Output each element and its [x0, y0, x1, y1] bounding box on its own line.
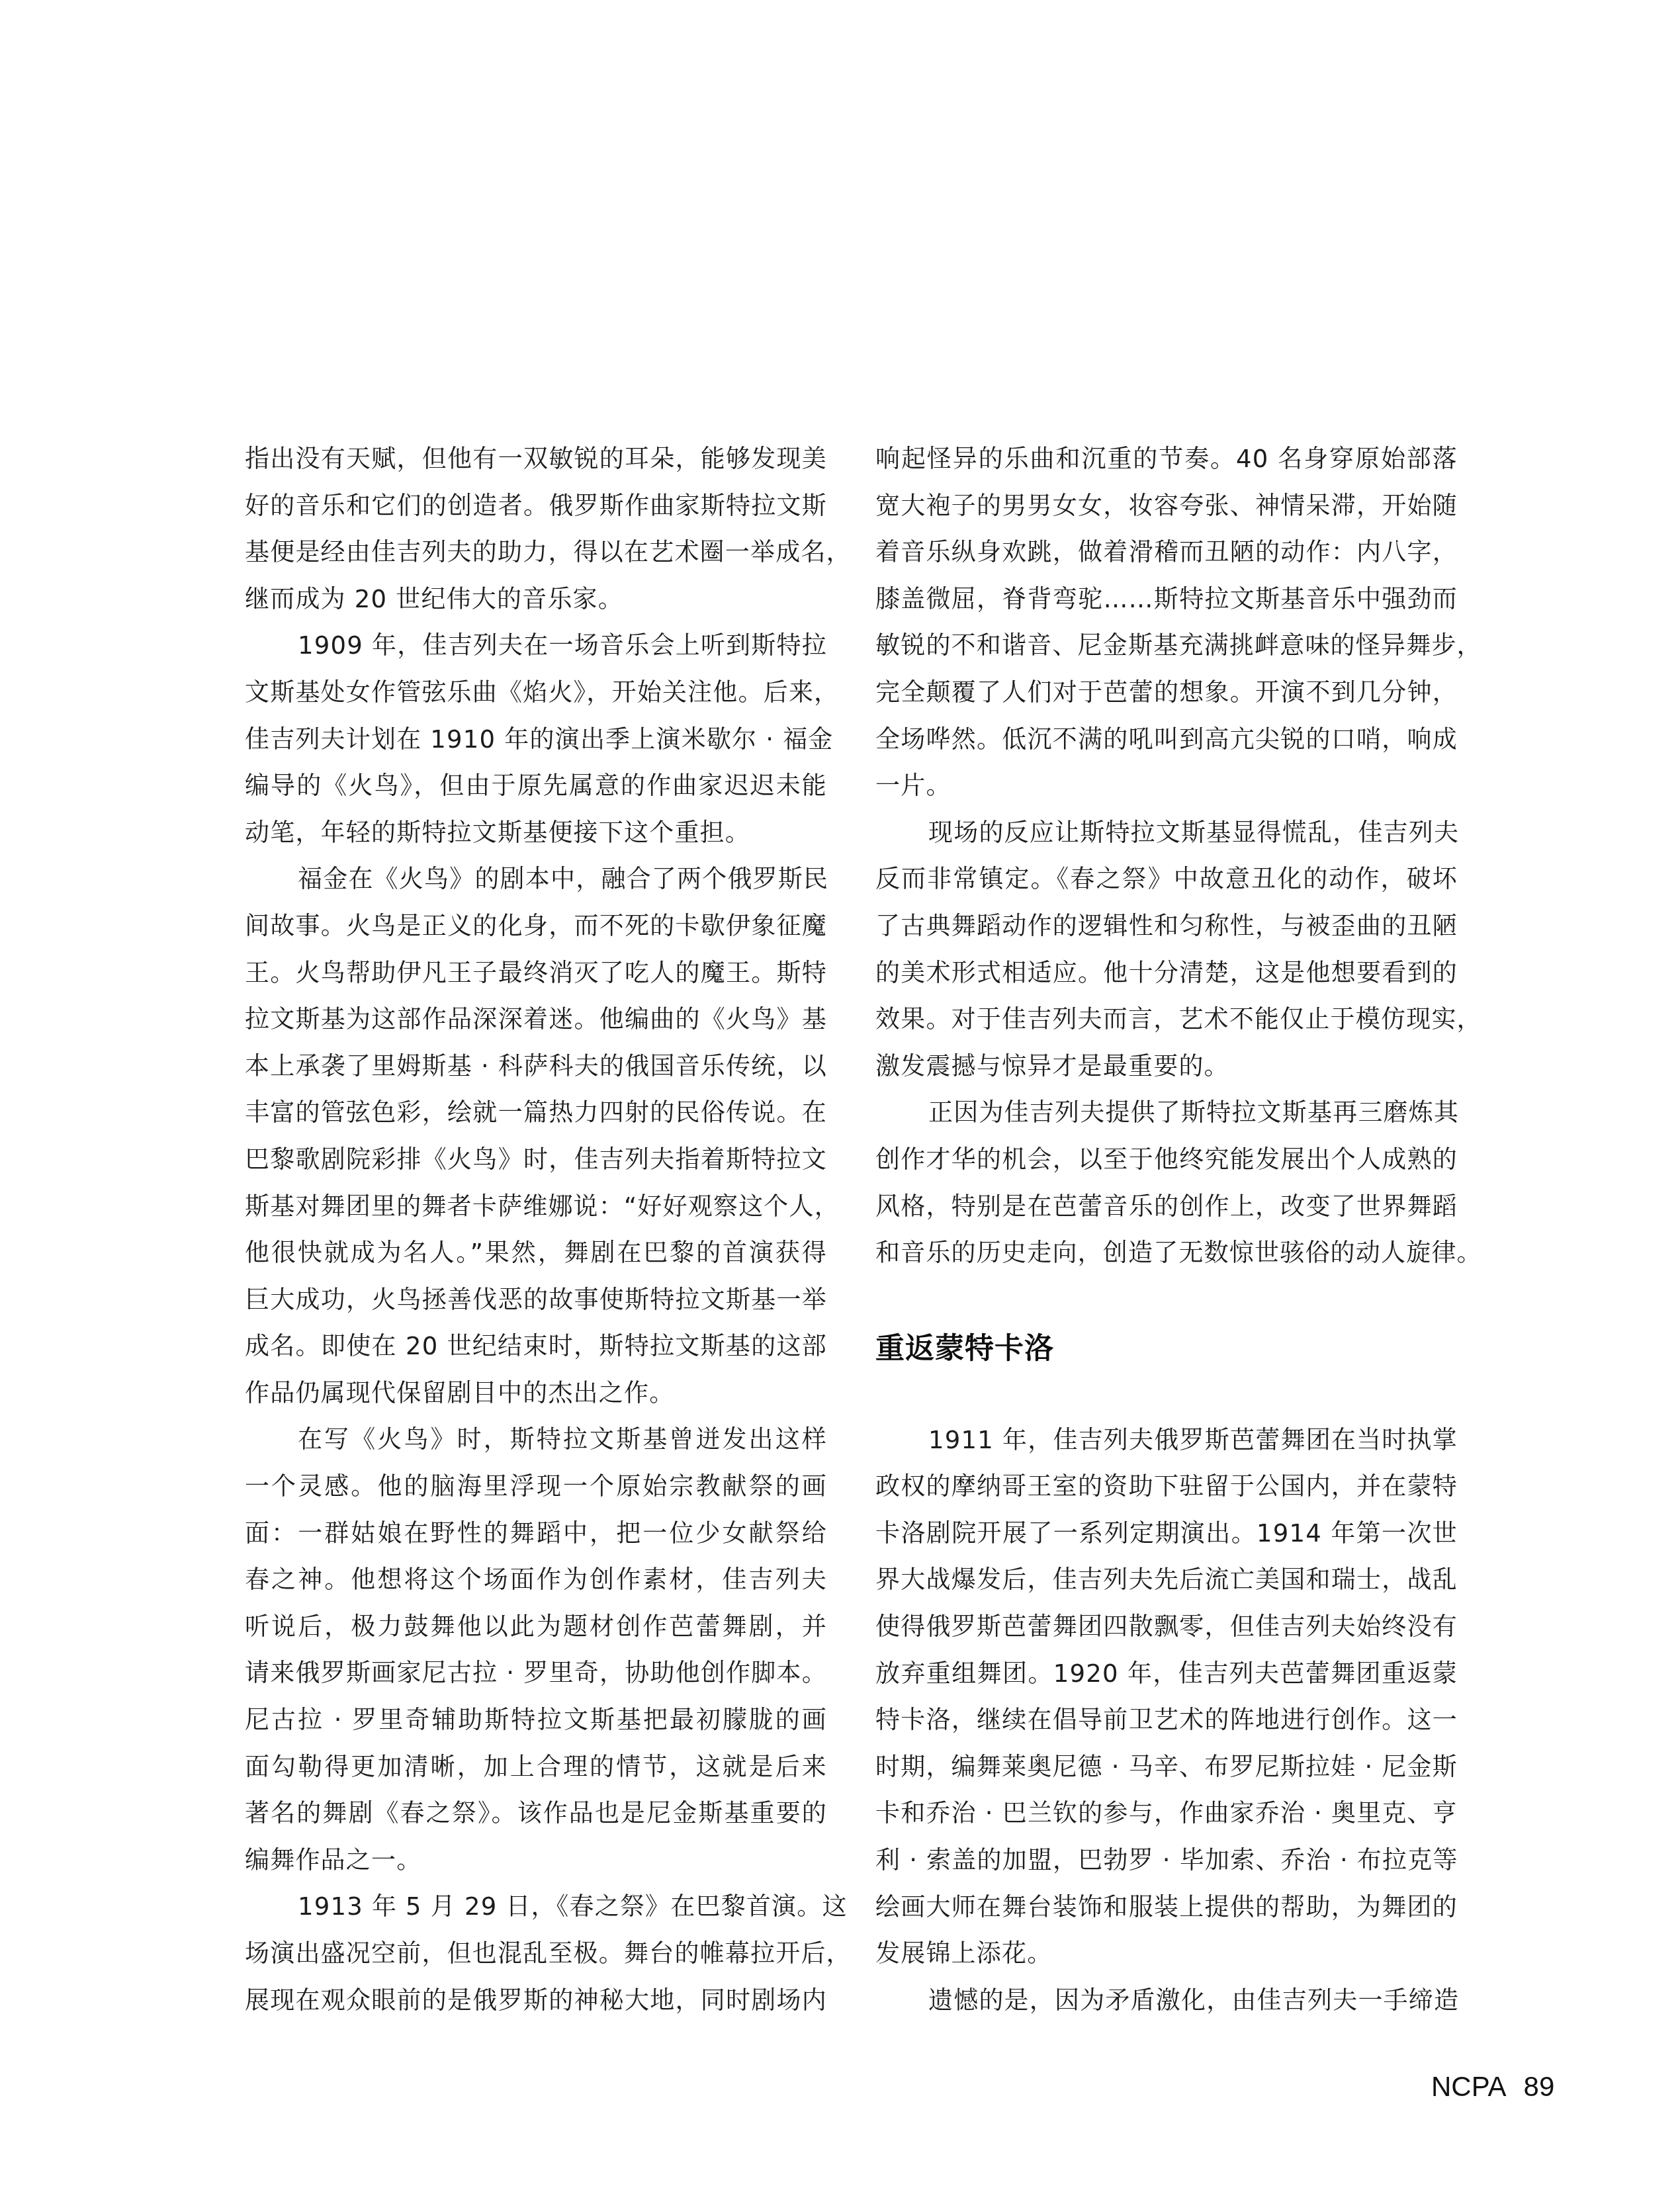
body-text-line: 福金在《火鸟》的剧本中，融合了两个俄罗斯民 [245, 862, 827, 909]
body-text-line: 文斯基处女作管弦乐曲《焰火》，开始关注他。后来， [245, 676, 827, 722]
magazine-page: 指出没有天赋，但他有一双敏锐的耳朵，能够发现美 好的音乐和它们的创造者。俄罗斯作… [0, 0, 1680, 2188]
publication-name: NCPA [1431, 2071, 1507, 2102]
body-text-line: 时期，编舞莱奥尼德 · 马辛、布罗尼斯拉娃 · 尼金斯 [875, 1750, 1458, 1797]
body-text-line: 请来俄罗斯画家尼古拉 · 罗里奇，协助他创作脚本。 [245, 1656, 827, 1703]
body-text-line: 丰富的管弦色彩，绘就一篇热力四射的民俗传说。在 [245, 1096, 827, 1143]
body-text-line: 著名的舞剧《春之祭》。该作品也是尼金斯基重要的 [245, 1796, 827, 1843]
body-text-line: 基便是经由佳吉列夫的助力，得以在艺术圈一举成名， [245, 535, 827, 582]
body-text-line: 面：一群姑娘在野性的舞蹈中，把一位少女献祭给 [245, 1516, 827, 1563]
body-text-line: 正因为佳吉列夫提供了斯特拉文斯基再三磨炼其 [875, 1096, 1458, 1143]
body-text-line: 成名。即使在 20 世纪结束时，斯特拉文斯基的这部 [245, 1329, 827, 1376]
body-text-line: 展现在观众眼前的是俄罗斯的神秘大地，同时剧场内 [245, 1984, 827, 2031]
page-footer: NCPA89 [1431, 2071, 1554, 2103]
body-text-line: 使得俄罗斯芭蕾舞团四散飘零，但佳吉列夫始终没有 [875, 1610, 1458, 1657]
body-text-line: 绘画大师在舞台装饰和服装上提供的帮助，为舞团的 [875, 1890, 1458, 1937]
body-text-line: 尼古拉 · 罗里奇辅助斯特拉文斯基把最初朦胧的画 [245, 1703, 827, 1750]
body-text-line: 巨大成功，火鸟拯善伐恶的故事使斯特拉文斯基一举 [245, 1283, 827, 1330]
body-text-line: 风格，特别是在芭蕾音乐的创作上，改变了世界舞蹈 [875, 1190, 1458, 1237]
body-text-line: 间故事。火鸟是正义的化身，而不死的卡歇伊象征魔 [245, 909, 827, 956]
section-heading-block: 重返蒙特卡洛 [875, 1283, 1458, 1423]
body-text-line: 了古典舞蹈动作的逻辑性和匀称性，与被歪曲的丑陋 [875, 909, 1458, 956]
body-text-line: 敏锐的不和谐音、尼金斯基充满挑衅意味的怪异舞步， [875, 629, 1458, 676]
body-text-line: 1909 年，佳吉列夫在一场音乐会上听到斯特拉 [245, 629, 827, 676]
body-text-line: 激发震撼与惊异才是最重要的。 [875, 1049, 1458, 1096]
body-text-line: 利 · 索盖的加盟，巴勃罗 · 毕加索、乔治 · 布拉克等 [875, 1843, 1458, 1890]
body-text-line: 着音乐纵身欢跳，做着滑稽而丑陋的动作：内八字， [875, 535, 1458, 582]
body-text-line: 在写《火鸟》时，斯特拉文斯基曾迸发出这样 [245, 1422, 827, 1469]
body-text-line: 创作才华的机会，以至于他终究能发展出个人成熟的 [875, 1143, 1458, 1190]
body-text-line: 王。火鸟帮助伊凡王子最终消灭了吃人的魔王。斯特 [245, 956, 827, 1003]
body-text-line: 动笔，年轻的斯特拉文斯基便接下这个重担。 [245, 816, 827, 863]
body-text-line: 编舞作品之一。 [245, 1843, 827, 1890]
body-text-line: 春之神。他想将这个场面作为创作素材，佳吉列夫 [245, 1563, 827, 1610]
body-text-line: 本上承袭了里姆斯基 · 科萨科夫的俄国音乐传统，以 [245, 1049, 827, 1096]
body-text-line: 听说后，极力鼓舞他以此为题材创作芭蕾舞剧，并 [245, 1610, 827, 1657]
body-text-line: 完全颠覆了人们对于芭蕾的想象。开演不到几分钟， [875, 676, 1458, 722]
body-text-line: 好的音乐和它们的创造者。俄罗斯作曲家斯特拉文斯 [245, 489, 827, 536]
body-text-line: 佳吉列夫计划在 1910 年的演出季上演米歇尔 · 福金 [245, 722, 827, 769]
body-text-line: 巴黎歌剧院彩排《火鸟》时，佳吉列夫指着斯特拉文 [245, 1143, 827, 1190]
body-text-line: 界大战爆发后，佳吉列夫先后流亡美国和瑞士，战乱 [875, 1563, 1458, 1610]
page-number: 89 [1524, 2071, 1555, 2102]
body-text-line: 全场哗然。低沉不满的吼叫到高亢尖锐的口哨，响成 [875, 722, 1458, 769]
body-text-line: 和音乐的历史走向，创造了无数惊世骇俗的动人旋律。 [875, 1236, 1458, 1283]
section-heading: 重返蒙特卡洛 [875, 1329, 1054, 1369]
body-text-line: 政权的摩纳哥王室的资助下驻留于公国内，并在蒙特 [875, 1469, 1458, 1516]
body-text-line: 作品仍属现代保留剧目中的杰出之作。 [245, 1376, 827, 1423]
body-text-line: 反而非常镇定。《春之祭》中故意丑化的动作，破坏 [875, 862, 1458, 909]
body-text-line: 1911 年，佳吉列夫俄罗斯芭蕾舞团在当时执掌 [875, 1423, 1458, 1470]
body-text-line: 继而成为 20 世纪伟大的音乐家。 [245, 582, 827, 629]
body-text-line: 1913 年 5 月 29 日，《春之祭》在巴黎首演。这 [245, 1890, 827, 1937]
body-text-line: 响起怪异的乐曲和沉重的节奏。40 名身穿原始部落 [875, 442, 1458, 489]
body-text-line: 特卡洛，继续在倡导前卫艺术的阵地进行创作。这一 [875, 1703, 1458, 1750]
body-text-line: 现场的反应让斯特拉文斯基显得慌乱，佳吉列夫 [875, 816, 1458, 863]
body-text-line: 卡洛剧院开展了一系列定期演出。1914 年第一次世 [875, 1516, 1458, 1563]
body-text-line: 遗憾的是，因为矛盾激化，由佳吉列夫一手缔造 [875, 1984, 1458, 2031]
body-text-line: 效果。对于佳吉列夫而言，艺术不能仅止于模仿现实， [875, 1002, 1458, 1049]
body-text-line: 宽大袍子的男男女女，妆容夸张、神情呆滞，开始随 [875, 489, 1458, 536]
body-text-line: 一片。 [875, 769, 1458, 816]
body-text-line: 卡和乔治 · 巴兰钦的参与，作曲家乔治 · 奥里克、亨 [875, 1796, 1458, 1843]
body-text-line: 斯基对舞团里的舞者卡萨维娜说：“好好观察这个人， [245, 1190, 827, 1237]
body-text-line: 放弃重组舞团。1920 年，佳吉列夫芭蕾舞团重返蒙 [875, 1657, 1458, 1704]
right-text-column: 响起怪异的乐曲和沉重的节奏。40 名身穿原始部落 宽大袍子的男男女女，妆容夸张、… [875, 442, 1458, 2030]
body-text-line: 编导的《火鸟》，但由于原先属意的作曲家迟迟未能 [245, 769, 827, 816]
body-text-line: 他很快就成为名人。”果然，舞剧在巴黎的首演获得 [245, 1236, 827, 1283]
body-text-line: 场演出盛况空前，但也混乱至极。舞台的帷幕拉开后， [245, 1937, 827, 1984]
body-text-line: 膝盖微屈，脊背弯驼……斯特拉文斯基音乐中强劲而 [875, 582, 1458, 629]
body-text-line: 的美术形式相适应。他十分清楚，这是他想要看到的 [875, 956, 1458, 1003]
body-text-line: 发展锦上添花。 [875, 1937, 1458, 1984]
body-text-line: 面勾勒得更加清晰，加上合理的情节，这就是后来 [245, 1750, 827, 1797]
body-text-line: 一个灵感。他的脑海里浮现一个原始宗教献祭的画 [245, 1469, 827, 1516]
body-text-line: 指出没有天赋，但他有一双敏锐的耳朵，能够发现美 [245, 442, 827, 489]
left-text-column: 指出没有天赋，但他有一双敏锐的耳朵，能够发现美 好的音乐和它们的创造者。俄罗斯作… [245, 442, 827, 2030]
body-text-line: 拉文斯基为这部作品深深着迷。他编曲的《火鸟》基 [245, 1002, 827, 1049]
